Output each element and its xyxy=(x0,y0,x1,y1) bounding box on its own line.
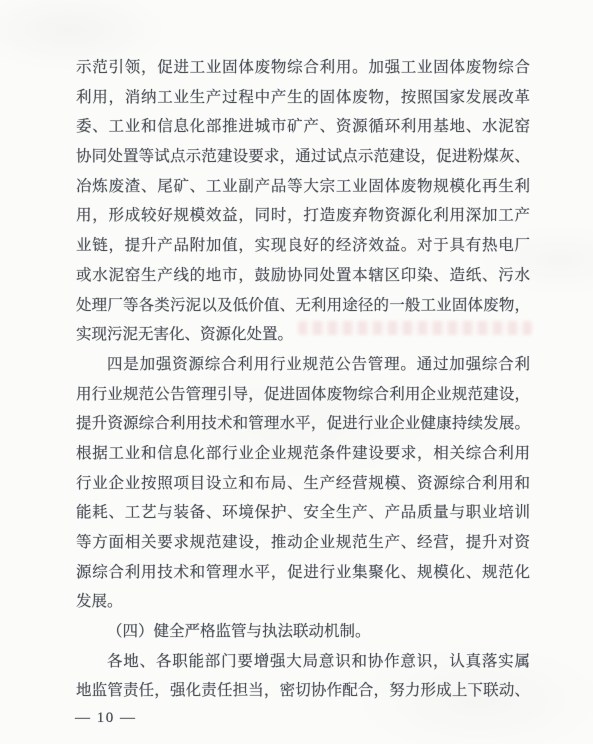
text-line: 利用，消纳工业生产过程中产生的固体废物，按照国家发展改革 xyxy=(76,83,530,113)
text-line: 冶炼废渣、尾矿、工业副产品等大宗工业固体废物规模化再生利 xyxy=(76,172,530,202)
text-line: 行业企业按照项目设立和布局、生产经营规模、资源综合利用和 xyxy=(76,469,530,499)
text-line: 提升资源综合利用技术和管理水平，促进行业企业健康持续发展。 xyxy=(76,409,530,439)
text-line: 实现污泥无害化、资源化处置。 xyxy=(76,320,530,350)
text-line: 能耗、工艺与装备、环境保护、安全生产、产品质量与职业培训 xyxy=(76,498,530,528)
text-line: 用，形成较好规模效益，同时，打造废弃物资源化利用深加工产 xyxy=(76,201,530,231)
text-line: 源综合利用技术和管理水平，促进行业集聚化、规模化、规范化 xyxy=(76,558,530,588)
text-line: 四是加强资源综合利用行业规范公告管理。通过加强综合利 xyxy=(76,350,530,380)
text-line: 各地、各职能部门要增强大局意识和协作意识，认真落实属 xyxy=(76,647,530,677)
text-line: 示范引领，促进工业固体废物综合利用。加强工业固体废物综合 xyxy=(76,53,530,83)
text-line: 用行业规范公告管理引导，促进固体废物综合利用企业规范建设， xyxy=(76,380,530,410)
text-line: 发展。 xyxy=(76,587,530,617)
page-number: — 10 — xyxy=(75,710,137,727)
text-line: 或水泥窑生产线的地市，鼓励协同处置本辖区印染、造纸、污水 xyxy=(76,261,530,291)
text-line: 等方面相关要求规范建设，推动企业规范生产、经营，提升对资 xyxy=(76,528,530,558)
text-line: 委、工业和信息化部推进城市矿产、资源循环利用基地、水泥窑 xyxy=(76,112,530,142)
text-line: 业链，提升产品附加值，实现良好的经济效益。对于具有热电厂 xyxy=(76,231,530,261)
document-body: 示范引领，促进工业固体废物综合利用。加强工业固体废物综合利用，消纳工业生产过程中… xyxy=(76,53,530,706)
document-page: 示范引领，促进工业固体废物综合利用。加强工业固体废物综合利用，消纳工业生产过程中… xyxy=(0,0,593,744)
text-line: 地监管责任，强化责任担当，密切协作配合，努力形成上下联动、 xyxy=(76,676,530,706)
text-line: （四）健全严格监管与执法联动机制。 xyxy=(76,617,530,647)
text-line: 处理厂等各类污泥以及低价值、无利用途径的一般工业固体废物， xyxy=(76,291,530,321)
text-line: 协同处置等试点示范建设要求，通过试点示范建设，促进粉煤灰、 xyxy=(76,142,530,172)
text-line: 根据工业和信息化部行业企业规范条件建设要求，相关综合利用 xyxy=(76,439,530,469)
